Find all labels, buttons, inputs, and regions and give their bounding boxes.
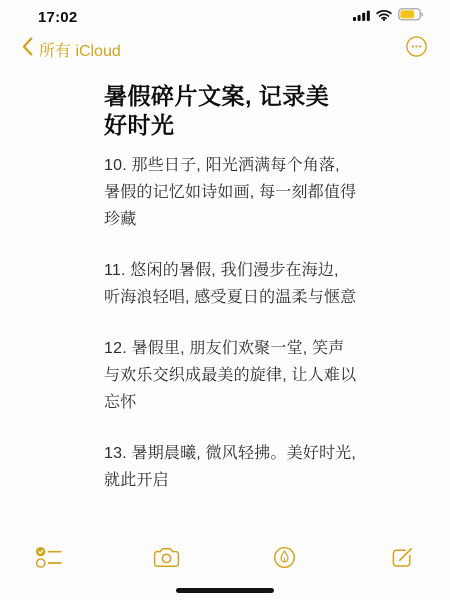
ellipsis-circle-icon bbox=[405, 35, 428, 63]
note-title[interactable]: 暑假碎片文案, 记录美 好时光 bbox=[104, 82, 368, 140]
chevron-left-icon bbox=[22, 37, 33, 61]
camera-button[interactable] bbox=[150, 544, 182, 576]
note-paragraph[interactable]: 13. 暑期晨曦, 微风轻拂。美好时光, 就此开启 bbox=[104, 440, 368, 494]
battery-icon bbox=[398, 8, 424, 26]
bottom-toolbar bbox=[0, 542, 450, 578]
back-button-label: 所有 iCloud bbox=[39, 38, 121, 61]
more-options-button[interactable] bbox=[405, 35, 428, 63]
note-paragraph[interactable]: 11. 悠闲的暑假, 我们漫步在海边, 听海浪轻唱, 感受夏日的温柔与惬意 bbox=[104, 257, 368, 311]
cellular-signal-icon bbox=[353, 8, 370, 26]
status-icons bbox=[353, 8, 424, 26]
markup-pen-icon bbox=[272, 545, 297, 575]
compose-button[interactable] bbox=[386, 544, 418, 576]
note-body[interactable]: 暑假碎片文案, 记录美 好时光 10. 那些日子, 阳光洒满每个角落, 暑假的记… bbox=[104, 82, 368, 518]
back-button[interactable]: 所有 iCloud bbox=[22, 37, 121, 61]
note-paragraph[interactable]: 12. 暑假里, 朋友们欢聚一堂, 笑声 与欢乐交织成最美的旋律, 让人难以 忘… bbox=[104, 335, 368, 416]
notes-app-screen: 17:02 bbox=[0, 0, 450, 600]
nav-bar: 所有 iCloud bbox=[0, 30, 450, 68]
home-indicator[interactable] bbox=[176, 588, 274, 593]
checklist-button[interactable] bbox=[32, 544, 64, 576]
status-time: 17:02 bbox=[38, 9, 77, 26]
wifi-icon bbox=[376, 8, 392, 26]
markup-button[interactable] bbox=[268, 544, 300, 576]
camera-icon bbox=[153, 547, 180, 573]
status-bar: 17:02 bbox=[0, 0, 450, 30]
checklist-icon bbox=[35, 546, 62, 574]
note-paragraph[interactable]: 10. 那些日子, 阳光洒满每个角落, 暑假的记忆如诗如画, 每一刻都值得 珍藏 bbox=[104, 152, 368, 233]
compose-icon bbox=[390, 546, 414, 575]
